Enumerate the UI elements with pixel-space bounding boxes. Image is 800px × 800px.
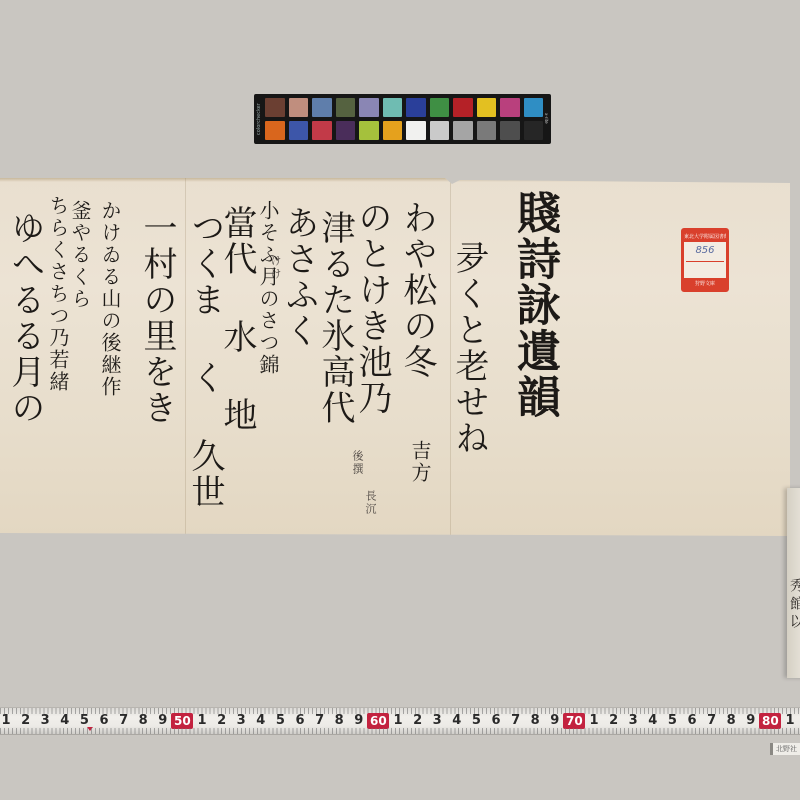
ruler-label: 2 — [19, 713, 33, 728]
ruler-label: 7 — [117, 713, 131, 728]
ruler-label: 6 — [293, 713, 307, 728]
ruler-label: 7 — [705, 713, 719, 728]
ruler-label: 9 — [744, 713, 758, 728]
color-swatch — [453, 121, 473, 140]
ruler-label: 2 — [215, 713, 229, 728]
color-swatch — [265, 121, 285, 140]
color-swatch — [312, 121, 332, 140]
calligraphy-column: 津るた氷高代 — [318, 210, 352, 426]
ruler-label: 3 — [430, 713, 444, 728]
seal-header: 東北大学附属図書館 — [684, 231, 726, 242]
ruler-label: 3 — [626, 713, 640, 728]
ruler-label: 1 — [587, 713, 601, 728]
calligraphy-column: わや松の冬 — [400, 200, 434, 380]
ruler-label: 3 — [38, 713, 52, 728]
swatch-grid — [265, 98, 543, 140]
ruler-label: 5 — [273, 713, 287, 728]
ruler-label: 1 — [0, 713, 13, 728]
calligraphy-column: のとけき池乃 — [355, 200, 389, 416]
ruler-ticks-bottom — [0, 728, 800, 734]
color-swatch — [336, 98, 356, 117]
marginal-annotation: 後撰 — [352, 450, 363, 476]
ruler-label: 2 — [607, 713, 621, 728]
ruler-major-label: 70 — [563, 713, 585, 729]
color-swatch — [289, 121, 309, 140]
calligraphy-column: 釜やるくら — [70, 200, 90, 310]
calligraphy-column: 當代 水 地 — [220, 205, 254, 433]
ruler-label: 7 — [313, 713, 327, 728]
color-swatch — [289, 98, 309, 117]
ruler-label: 5 — [665, 713, 679, 728]
color-swatch — [430, 121, 450, 140]
calligraphy-column: 一村の里をき — [140, 210, 174, 426]
color-swatch — [500, 98, 520, 117]
ruler-label: 1 — [391, 713, 405, 728]
ruler-numbers: 1234567895012345678960123456789701234567… — [0, 713, 800, 729]
ruler-label: 8 — [528, 713, 542, 728]
color-checker-card: colorchecker x-rite — [254, 94, 551, 144]
slip-text: 秀館以 — [789, 578, 800, 632]
color-swatch — [265, 98, 285, 117]
ruler-label: 1 — [195, 713, 209, 728]
color-swatch — [336, 121, 356, 140]
ruler-label: 4 — [646, 713, 660, 728]
calligraphy-column: 夛くと老せね — [452, 240, 486, 456]
ruler-label: 8 — [724, 713, 738, 728]
collection-label-tag: 北野社 — [770, 743, 800, 755]
color-swatch — [524, 98, 544, 117]
ruler-label: 9 — [352, 713, 366, 728]
color-swatch — [453, 98, 473, 117]
ruler-label: 1 — [783, 713, 797, 728]
ruler-major-label: 50 — [171, 713, 193, 729]
seal-footer: 狩野文庫 — [684, 278, 726, 289]
ruler-label: 8 — [136, 713, 150, 728]
calligraphy-column: つくま く 久世 — [188, 210, 222, 510]
ruler-label: 4 — [254, 713, 268, 728]
ruler-label: 6 — [685, 713, 699, 728]
color-swatch — [406, 121, 426, 140]
ruler-label: 8 — [332, 713, 346, 728]
color-swatch — [383, 121, 403, 140]
color-swatch — [524, 121, 544, 140]
checker-brand-label: colorchecker — [256, 102, 264, 136]
ruler-label: 9 — [156, 713, 170, 728]
ruler-label: 6 — [97, 713, 111, 728]
xrite-logo: x-rite — [543, 108, 549, 128]
ruler-major-label: 60 — [367, 713, 389, 729]
side-paper-slip: 秀館以 — [787, 488, 800, 678]
calligraphy-column: ちらくさちつ乃若緒 — [48, 195, 68, 393]
color-swatch — [383, 98, 403, 117]
color-swatch — [359, 98, 379, 117]
marginal-annotation: けけ — [270, 255, 281, 281]
ruler-label: 7 — [509, 713, 523, 728]
ruler-label: 5 — [77, 713, 91, 728]
calligraphy-column: 賤詩詠遺韻 — [512, 190, 556, 420]
calligraphy-column: ゆへるる月の — [8, 210, 42, 426]
color-swatch — [312, 98, 332, 117]
measuring-tape: 1234567895012345678960123456789701234567… — [0, 707, 800, 735]
ruler-label: 5 — [469, 713, 483, 728]
color-swatch — [359, 121, 379, 140]
calligraphy-column: 吉方 — [410, 440, 430, 484]
calligraphy-column: あさふく — [282, 205, 316, 349]
seal-catalog-number: 856 — [686, 245, 724, 262]
color-swatch — [477, 98, 497, 117]
ruler-label: 2 — [411, 713, 425, 728]
ruler-label: 4 — [58, 713, 72, 728]
marginal-annotation: 長沉 — [365, 490, 376, 516]
color-swatch — [430, 98, 450, 117]
ruler-major-label: 80 — [759, 713, 781, 729]
ruler-label: 6 — [489, 713, 503, 728]
color-swatch — [500, 121, 520, 140]
color-swatch — [477, 121, 497, 140]
color-swatch — [406, 98, 426, 117]
ruler-label: 4 — [450, 713, 464, 728]
ruler-label: 9 — [548, 713, 562, 728]
library-seal-stamp: 東北大学附属図書館 856 狩野文庫 — [681, 228, 729, 292]
calligraphy-column: かけゐる山の後継作 — [100, 200, 120, 398]
ruler-label: 3 — [234, 713, 248, 728]
calligraphy-column: 小そふ月のさつ錦 — [258, 200, 278, 376]
